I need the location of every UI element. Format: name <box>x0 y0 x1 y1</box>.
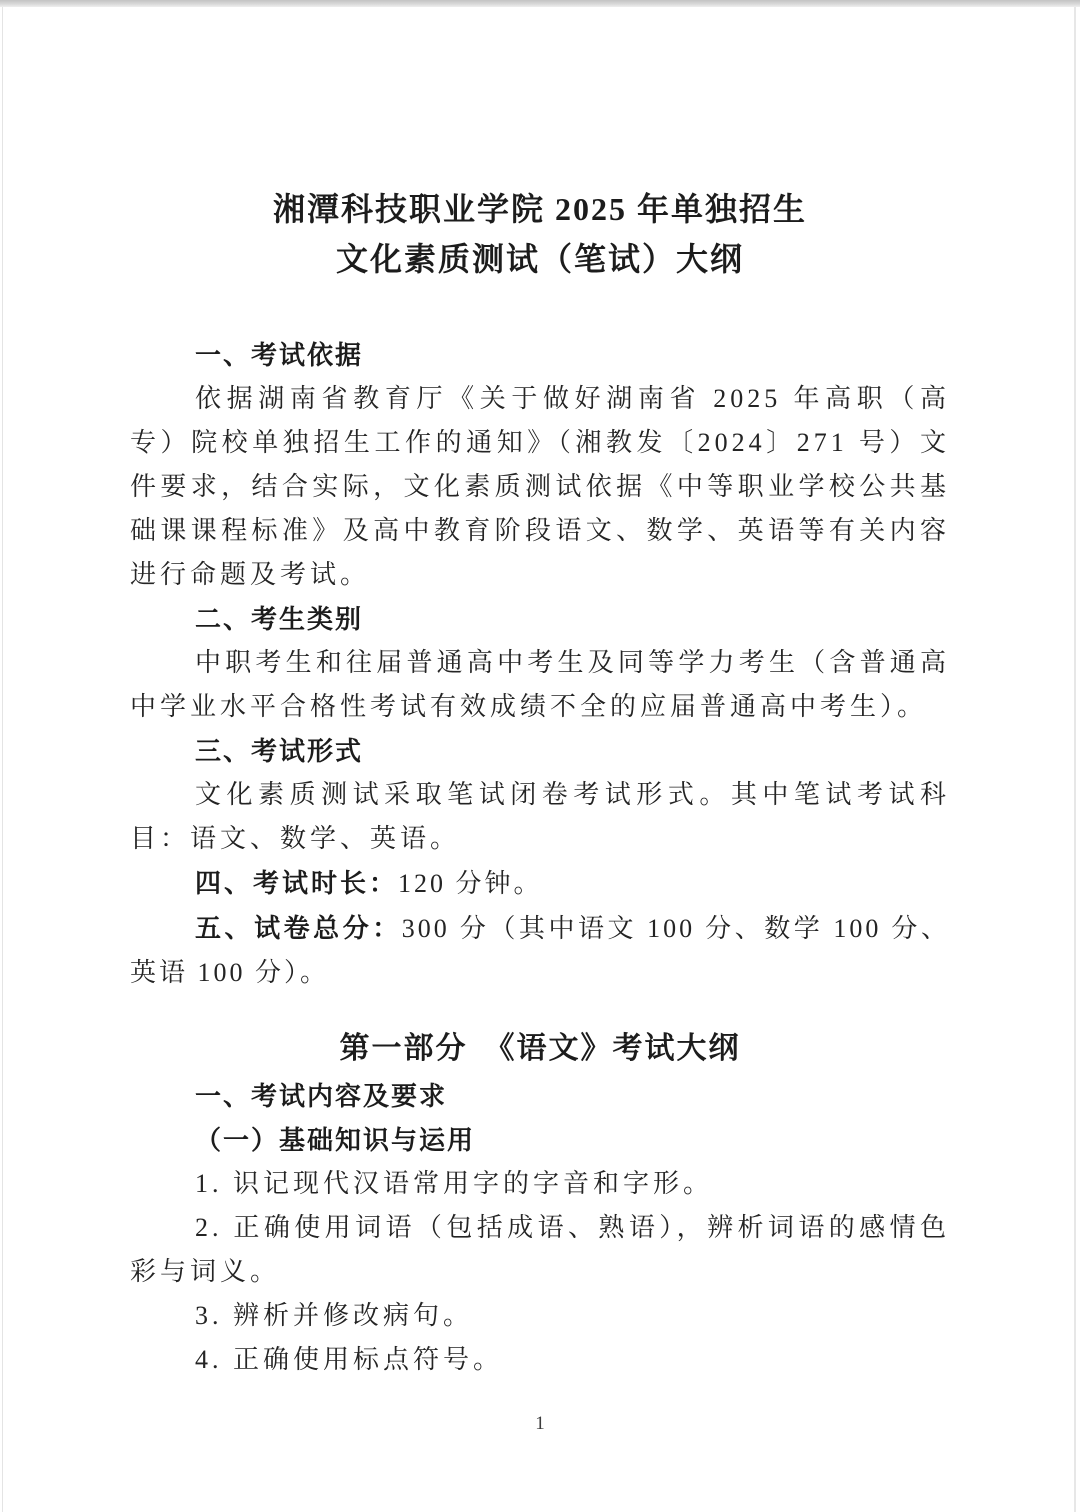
section-3-heading: 三、考试形式 <box>130 729 950 773</box>
title-line-1: 湘潭科技职业学院 2025 年单独招生 <box>130 184 950 234</box>
page-number: 1 <box>0 1413 1080 1435</box>
section-4-label: 四、考试时长： <box>195 868 398 898</box>
page-right-edge <box>1074 7 1076 1512</box>
section-1-heading: 一、考试依据 <box>130 333 950 377</box>
section-5-line: 五、试卷总分：300 分（其中语文 100 分、数学 100 分、英语 100 … <box>130 906 950 995</box>
syllabus-item-1: 1. 识记现代汉语常用字的字音和字形。 <box>130 1162 950 1206</box>
document-content: 湘潭科技职业学院 2025 年单独招生 文化素质测试（笔试）大纲 一、考试依据 … <box>0 0 1080 1382</box>
section-2-heading: 二、考生类别 <box>130 597 950 641</box>
syllabus-item-4: 4. 正确使用标点符号。 <box>130 1338 950 1382</box>
part-1-heading: 第一部分 《语文》考试大纲 <box>130 1024 950 1074</box>
syllabus-item-3: 3. 辨析并修改病句。 <box>130 1294 950 1338</box>
section-2-paragraph: 中职考生和往届普通高中考生及同等学力考生（含普通高中学业水平合格性考试有效成绩不… <box>130 641 950 729</box>
title-line-2: 文化素质测试（笔试）大纲 <box>130 234 950 284</box>
part-1-sub-heading: 一、考试内容及要求 <box>130 1074 950 1118</box>
document-page: 湘潭科技职业学院 2025 年单独招生 文化素质测试（笔试）大纲 一、考试依据 … <box>0 0 1080 1512</box>
part-1-group-heading: （一）基础知识与运用 <box>130 1118 950 1162</box>
section-1-paragraph: 依据湖南省教育厅《关于做好湖南省 2025 年高职（高专）院校单独招生工作的通知… <box>130 377 950 597</box>
section-4-line: 四、考试时长：120 分钟。 <box>130 861 950 906</box>
document-title: 湘潭科技职业学院 2025 年单独招生 文化素质测试（笔试）大纲 <box>130 184 950 284</box>
page-left-edge <box>2 7 3 1512</box>
section-4-value: 120 分钟。 <box>398 869 543 898</box>
page-top-edge <box>0 0 1080 7</box>
section-3-paragraph: 文化素质测试采取笔试闭卷考试形式。其中笔试考试科目：语文、数学、英语。 <box>130 773 950 861</box>
section-5-label: 五、试卷总分： <box>195 913 402 943</box>
syllabus-item-2: 2. 正确使用词语（包括成语、熟语），辨析词语的感情色彩与词义。 <box>130 1206 950 1294</box>
